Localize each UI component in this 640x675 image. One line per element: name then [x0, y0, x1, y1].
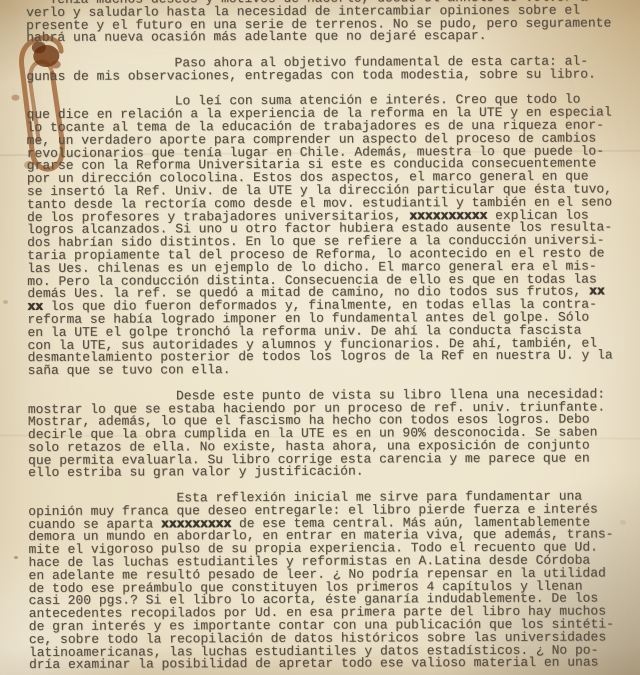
paper-speck: [14, 556, 18, 559]
letter-page: Tenía muchos deseos y motivos de hacerlo…: [0, 0, 640, 675]
letter-line: dría examinar la posibilidad de apretar …: [29, 657, 640, 672]
paper-speck: [3, 300, 8, 304]
letter-line: gunas de mis observaciones, entregadas c…: [26, 68, 640, 83]
letter-body: Tenía muchos deseos y motivos de hacerlo…: [26, 0, 640, 672]
